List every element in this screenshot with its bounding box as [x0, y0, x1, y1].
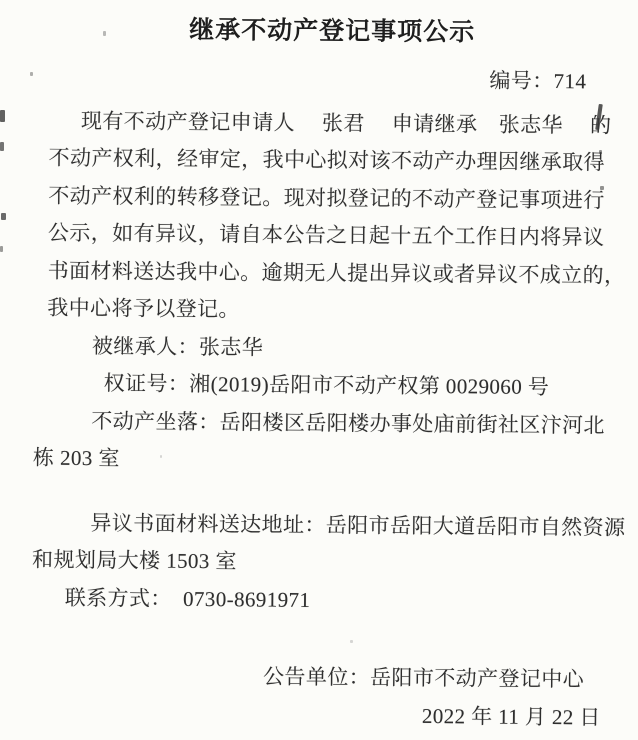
issuer-line: 公告单位：岳阳市不动产登记中心: [44, 657, 609, 699]
scan-artifact: [0, 142, 4, 151]
notice-content: 继承不动产登记事项公示 编号：714 现有不动产登记申请人 张君 申请继承 张志…: [0, 0, 638, 740]
decedent-line: 被继承人：张志华: [47, 327, 612, 369]
body-line: 不动产权利，经审定，我中心拟对该不动产办理因继承取得: [48, 140, 613, 182]
objection-section: 异议书面材料送达地址：岳阳市岳阳大道岳阳市自然资源 和规划局大楼 1503 室 …: [45, 504, 611, 621]
scan-artifact: [0, 110, 5, 122]
notice-fields: 被继承人：张志华 权证号：湘(2019)岳阳市不动产权第 0029060 号 不…: [46, 327, 612, 482]
property-location-line-continued: 栋 203 室: [33, 440, 611, 483]
scan-artifact: [350, 640, 353, 643]
scan-artifact: [600, 186, 604, 190]
notice-title: 继承不动产登记事项公示: [50, 12, 615, 51]
scan-artifact: [599, 150, 602, 154]
scan-artifact: [0, 246, 3, 252]
date-line: 2022 年 11 月 22 日: [44, 694, 609, 736]
body-line: 现有不动产登记申请人 张君 申请继承 张志华 的: [49, 102, 614, 144]
delivery-address-line: 异议书面材料送达地址：岳阳市岳阳大道岳阳市自然资源: [45, 504, 610, 546]
scan-artifact: [30, 72, 33, 76]
property-location-line: 不动产坐落：岳阳楼区岳阳楼办事处庙前街社区汴河北: [46, 402, 611, 444]
notice-footer: 公告单位：岳阳市不动产登记中心 2022 年 11 月 22 日: [44, 657, 610, 737]
certificate-number-line: 权证号：湘(2019)岳阳市不动产权第 0029060 号: [46, 365, 611, 407]
notice-body: 现有不动产登记申请人 张君 申请继承 张志华 的 不动产权利，经审定，我中心拟对…: [47, 102, 614, 332]
body-line: 公示，如有异议，请自本公告之日起十五个工作日内将异议: [48, 215, 613, 257]
scan-artifact: [1, 213, 6, 220]
doc-number: 编号：714: [49, 59, 614, 101]
body-line: 书面材料送达我中心。逾期无人提出异议或者异议不成立的，: [47, 252, 612, 294]
scan-artifact: [160, 455, 162, 458]
contact-line: 联系方式： 0730-8691971: [45, 579, 610, 621]
body-line: 不动产权利的转移登记。现对拟登记的不动产登记事项进行: [48, 177, 613, 219]
scanned-notice-page: 继承不动产登记事项公示 编号：714 现有不动产登记申请人 张君 申请继承 张志…: [0, 0, 638, 740]
body-line: 我中心将予以登记。: [47, 290, 612, 332]
scan-artifact: [103, 31, 106, 36]
delivery-address-line-continued: 和规划局大楼 1503 室: [32, 542, 610, 585]
